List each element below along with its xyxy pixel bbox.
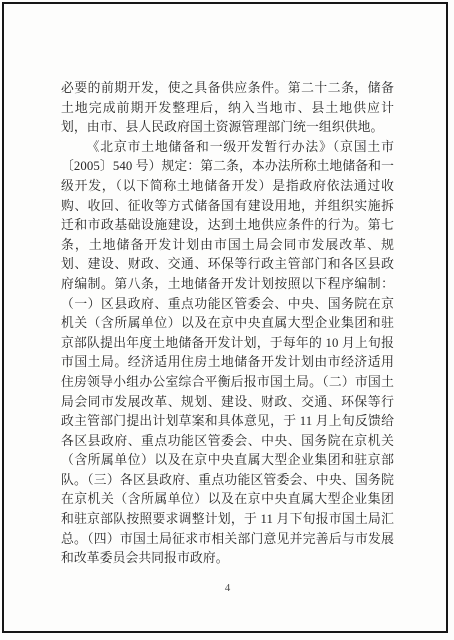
- paragraph-regulation: 《北京市土地储备和一级开发暂行办法》（京国土市〔2005〕540 号）规定：第二…: [61, 138, 394, 569]
- page-number: 4: [61, 582, 394, 594]
- paragraph-continuation: 必要的前期开发，使之具备供应条件。第二十二条，储备土地完成前期开发整理后，纳入当…: [61, 79, 394, 138]
- scanned-document-page: 必要的前期开发，使之具备供应条件。第二十二条，储备土地完成前期开发整理后，纳入当…: [0, 0, 454, 640]
- document-body-text: 必要的前期开发，使之具备供应条件。第二十二条，储备土地完成前期开发整理后，纳入当…: [61, 79, 394, 569]
